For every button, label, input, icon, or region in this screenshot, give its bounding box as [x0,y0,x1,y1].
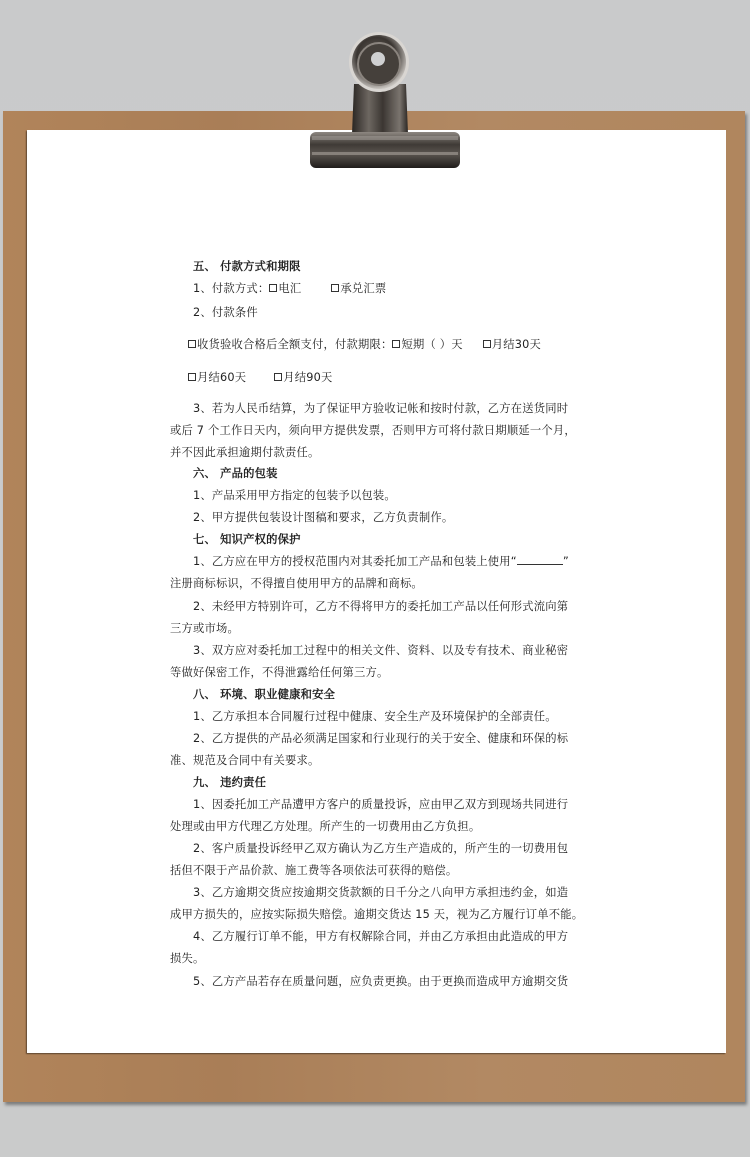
section-heading: 六、 产品的包装 [193,465,278,481]
payment-terms-label: 2、付款条件 [193,304,258,320]
paragraph-line: 1、因委托加工产品遭甲方客户的质量投诉，应由甲乙双方到现场共同进行 [193,796,568,812]
trademark-blank-field[interactable] [517,555,563,565]
checkbox-short-term[interactable] [392,340,400,348]
paragraph-line: 4、乙方履行订单不能，甲方有权解除合同，并由乙方承担由此造成的甲方 [193,928,568,944]
paragraph-line: 5、乙方产品若存在质量问题，应负责更换。由于更换而造成甲方逾期交货 [193,973,568,989]
option-wire-transfer: 电汇 [278,282,301,295]
paragraph-line: 并不因此承担逾期付款责任。 [170,444,319,460]
paragraph-line: 损失。 [170,950,205,966]
option-net-30: 月结30天 [492,338,541,351]
payment-condition-line: 收货验收合格后全额支付，付款期限：短期（ ）天月结30天 [188,336,541,352]
paragraph-line: 2、乙方提供的产品必须满足国家和行业现行的关于安全、健康和环保的标 [193,730,568,746]
paragraph-line: 1、乙方承担本合同履行过程中健康、安全生产及环境保护的全部责任。 [193,708,557,724]
paragraph-line: 3、乙方逾期交货应按逾期交货款额的日千分之八向甲方承担违约金，如造 [193,884,568,900]
paragraph-line: 2、客户质量投诉经甲乙双方确认为乙方生产造成的，所产生的一切费用包 [193,840,568,856]
checkbox-full-payment[interactable] [188,340,196,348]
trademark-text: 1、乙方应在甲方的授权范围内对其委托加工产品和包装上使用“ [193,555,517,568]
option-net-90: 月结90天 [283,371,332,384]
paragraph-line: 1、乙方应在甲方的授权范围内对其委托加工产品和包装上使用“” [193,553,569,569]
payment-method-line: 1、付款方式：电汇承兑汇票 [193,280,386,296]
binder-clip-icon [290,22,470,172]
paragraph-line: 注册商标标识，不得擅自使用甲方的品牌和商标。 [170,575,423,591]
paragraph-line: 成甲方损失的，应按实际损失赔偿。逾期交货达 15 天，视为乙方履行订单不能。 [170,906,583,922]
condition-text: 收货验收合格后全额支付，付款期限： [197,338,392,351]
paragraph-line: 准、规范及合同中有关要求。 [170,752,319,768]
checkbox-wire-transfer[interactable] [269,284,277,292]
checkbox-net-60[interactable] [188,373,196,381]
option-short-term: 短期（ ）天 [401,338,462,351]
paragraph-line: 或后 7 个工作日天内，须向甲方提供发票，否则甲方可将付款日期顺延一个月， [170,422,576,438]
quote-close: ” [563,555,569,568]
paragraph-line: 括但不限于产品价款、施工费等各项依法可获得的赔偿。 [170,862,457,878]
option-acceptance-bill: 承兑汇票 [340,282,386,295]
checkbox-net-30[interactable] [483,340,491,348]
paragraph-line: 三方或市场。 [170,620,239,636]
section-heading: 九、 违约责任 [193,774,266,790]
paragraph-line: 1、产品采用甲方指定的包装予以包装。 [193,487,396,503]
paragraph-line: 3、双方应对委托加工过程中的相关文件、资料、以及专有技术、商业秘密 [193,642,568,658]
paragraph-line: 2、甲方提供包装设计图稿和要求，乙方负责制作。 [193,509,453,525]
payment-method-label: 1、付款方式： [193,282,269,295]
payment-term-line-2: 月结60天月结90天 [188,369,333,385]
paragraph-line: 3、若为人民币结算，为了保证甲方验收记帐和按时付款，乙方在送货同时 [193,400,568,416]
paragraph-line: 2、未经甲方特别许可，乙方不得将甲方的委托加工产品以任何形式流向第 [193,598,568,614]
section-heading: 八、 环境、职业健康和安全 [193,686,335,702]
paragraph-line: 处理或由甲方代理乙方处理。所产生的一切费用由乙方负担。 [170,818,480,834]
option-net-60: 月结60天 [197,371,246,384]
section-heading: 五、 付款方式和期限 [193,258,301,274]
checkbox-acceptance-bill[interactable] [331,284,339,292]
checkbox-net-90[interactable] [274,373,282,381]
section-heading: 七、 知识产权的保护 [193,531,301,547]
paragraph-line: 等做好保密工作，不得泄露给任何第三方。 [170,664,388,680]
